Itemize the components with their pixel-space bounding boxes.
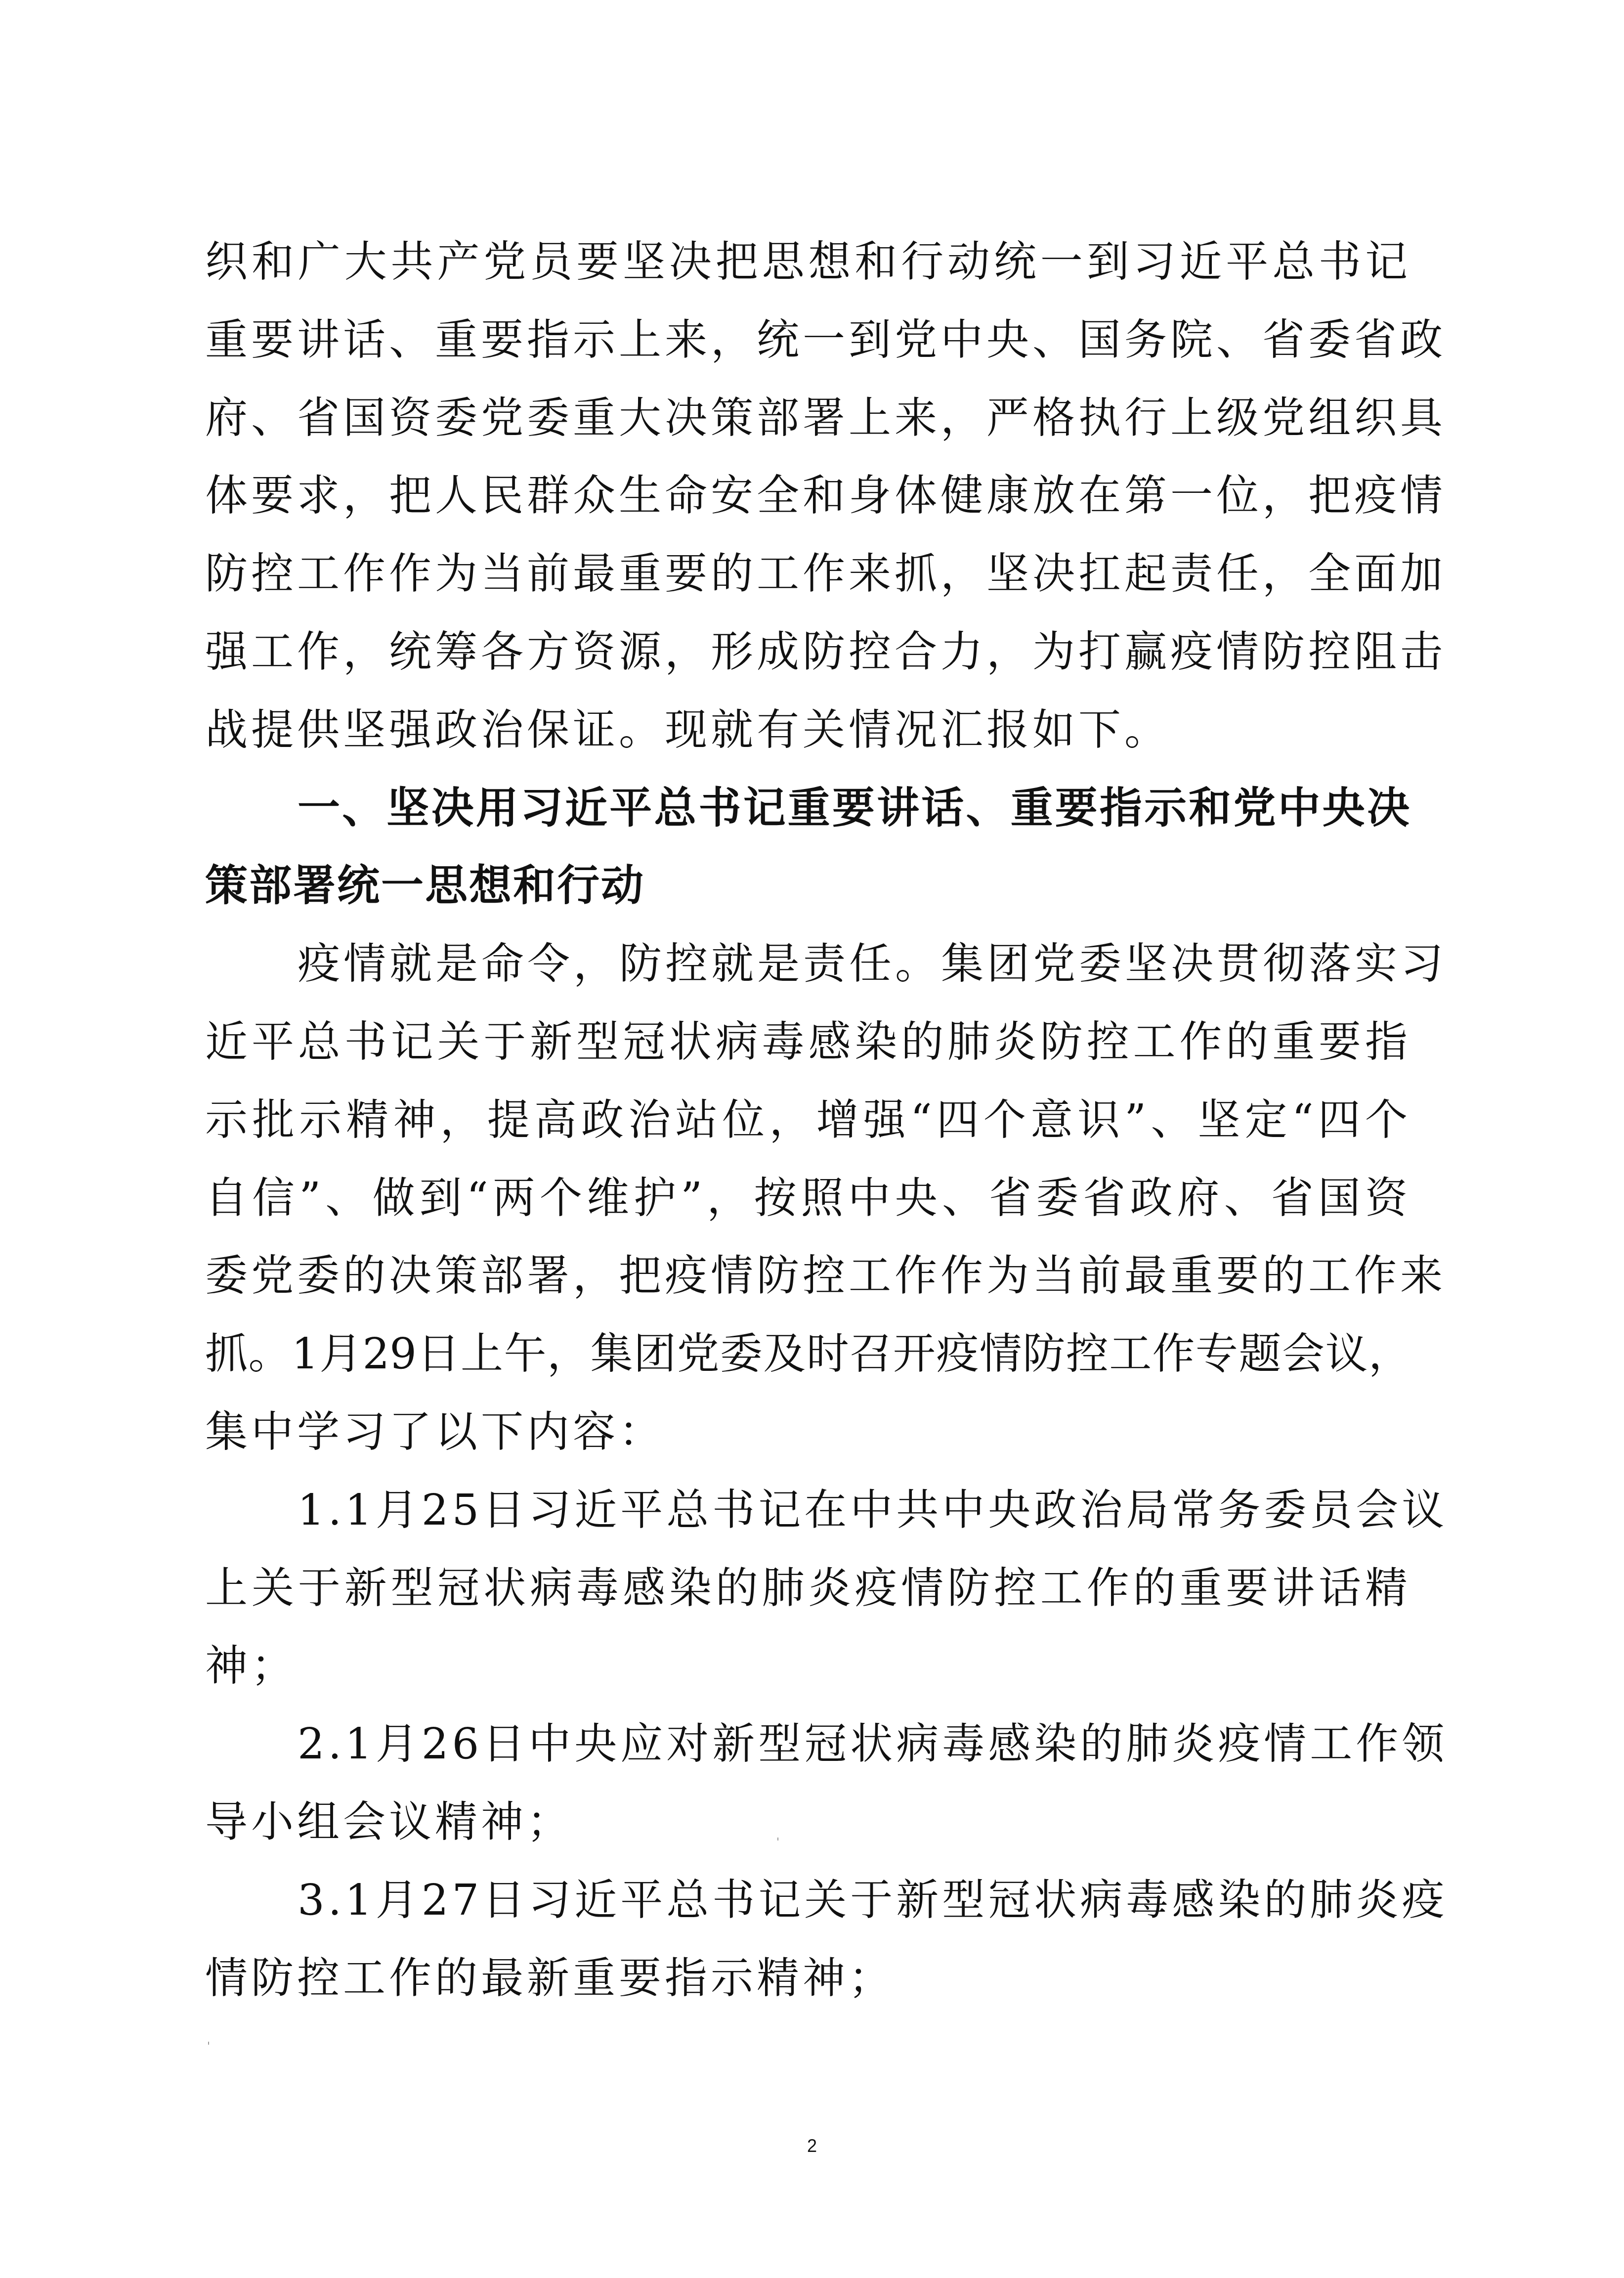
list-item-line: 2.1月26日中央应对新型冠状病毒感染的肺炎疫情工作领	[205, 1706, 1411, 1784]
section-1-paragraph: 疫情就是命令，防控就是责任。集团党委坚决贯彻落实习 近平总书记关于新型冠状病毒感…	[205, 925, 1411, 1472]
text-line: 重要讲话、重要指示上来，统一到党中央、国务院、省委省政	[205, 302, 1411, 380]
study-item-3: 3.1月27日习近平总书记关于新型冠状病毒感染的肺炎疫 情防控工作的最新重要指示…	[205, 1862, 1411, 2018]
text-line: 集中学习了以下内容：	[205, 1394, 1411, 1472]
text-line: 示批示精神，提高政治站位，增强“四个意识”、坚定“四个	[205, 1082, 1411, 1160]
list-item-line: 3.1月27日习近平总书记关于新型冠状病毒感染的肺炎疫	[205, 1862, 1411, 1940]
document-page: 织和广大共产党员要坚决把思想和行动统一到习近平总书记 重要讲话、重要指示上来，统…	[0, 0, 1624, 2278]
list-item-line: 上关于新型冠状病毒感染的肺炎疫情防控工作的重要讲话精	[205, 1550, 1411, 1628]
page-number: 2	[0, 2136, 1624, 2156]
text-line: 疫情就是命令，防控就是责任。集团党委坚决贯彻落实习	[205, 925, 1411, 1004]
heading-line: 策部署统一思想和行动	[205, 847, 1411, 925]
heading-line: 一、坚决用习近平总书记重要讲话、重要指示和党中央决	[205, 770, 1411, 848]
study-item-1: 1.1月25日习近平总书记在中共中央政治局常务委员会议 上关于新型冠状病毒感染的…	[205, 1472, 1411, 1706]
list-item-line: 1.1月25日习近平总书记在中共中央政治局常务委员会议	[205, 1472, 1411, 1550]
text-line: 自信”、做到“两个维护”，按照中央、省委省政府、省国资	[205, 1160, 1411, 1238]
scan-artifact	[208, 2042, 209, 2045]
text-line: 抓。1月29日上午，集团党委及时召开疫情防控工作专题会议，	[205, 1315, 1411, 1394]
intro-paragraph-continued: 织和广大共产党员要坚决把思想和行动统一到习近平总书记 重要讲话、重要指示上来，统…	[205, 223, 1411, 770]
text-line: 委党委的决策部署，把疫情防控工作作为当前最重要的工作来	[205, 1237, 1411, 1315]
text-line: 府、省国资委党委重大决策部署上来，严格执行上级党组织具	[205, 380, 1411, 458]
list-item-line: 神；	[205, 1627, 1411, 1706]
text-line: 防控工作作为当前最重要的工作来抓，坚决扛起责任，全面加	[205, 535, 1411, 613]
text-line: 体要求，把人民群众生命安全和身体健康放在第一位，把疫情	[205, 457, 1411, 535]
document-body: 织和广大共产党员要坚决把思想和行动统一到习近平总书记 重要讲话、重要指示上来，统…	[205, 223, 1411, 2017]
text-line: 近平总书记关于新型冠状病毒感染的肺炎防控工作的重要指	[205, 1004, 1411, 1082]
section-1-heading: 一、坚决用习近平总书记重要讲话、重要指示和党中央决 策部署统一思想和行动	[205, 770, 1411, 926]
list-item-line: 导小组会议精神；	[205, 1784, 1411, 1862]
text-line: 织和广大共产党员要坚决把思想和行动统一到习近平总书记	[205, 223, 1411, 302]
scan-artifact	[777, 1838, 778, 1840]
study-item-2: 2.1月26日中央应对新型冠状病毒感染的肺炎疫情工作领 导小组会议精神；	[205, 1706, 1411, 1862]
text-line: 强工作，统筹各方资源，形成防控合力，为打赢疫情防控阻击	[205, 613, 1411, 692]
list-item-line: 情防控工作的最新重要指示精神；	[205, 1940, 1411, 2018]
text-line: 战提供坚强政治保证。现就有关情况汇报如下。	[205, 692, 1411, 770]
